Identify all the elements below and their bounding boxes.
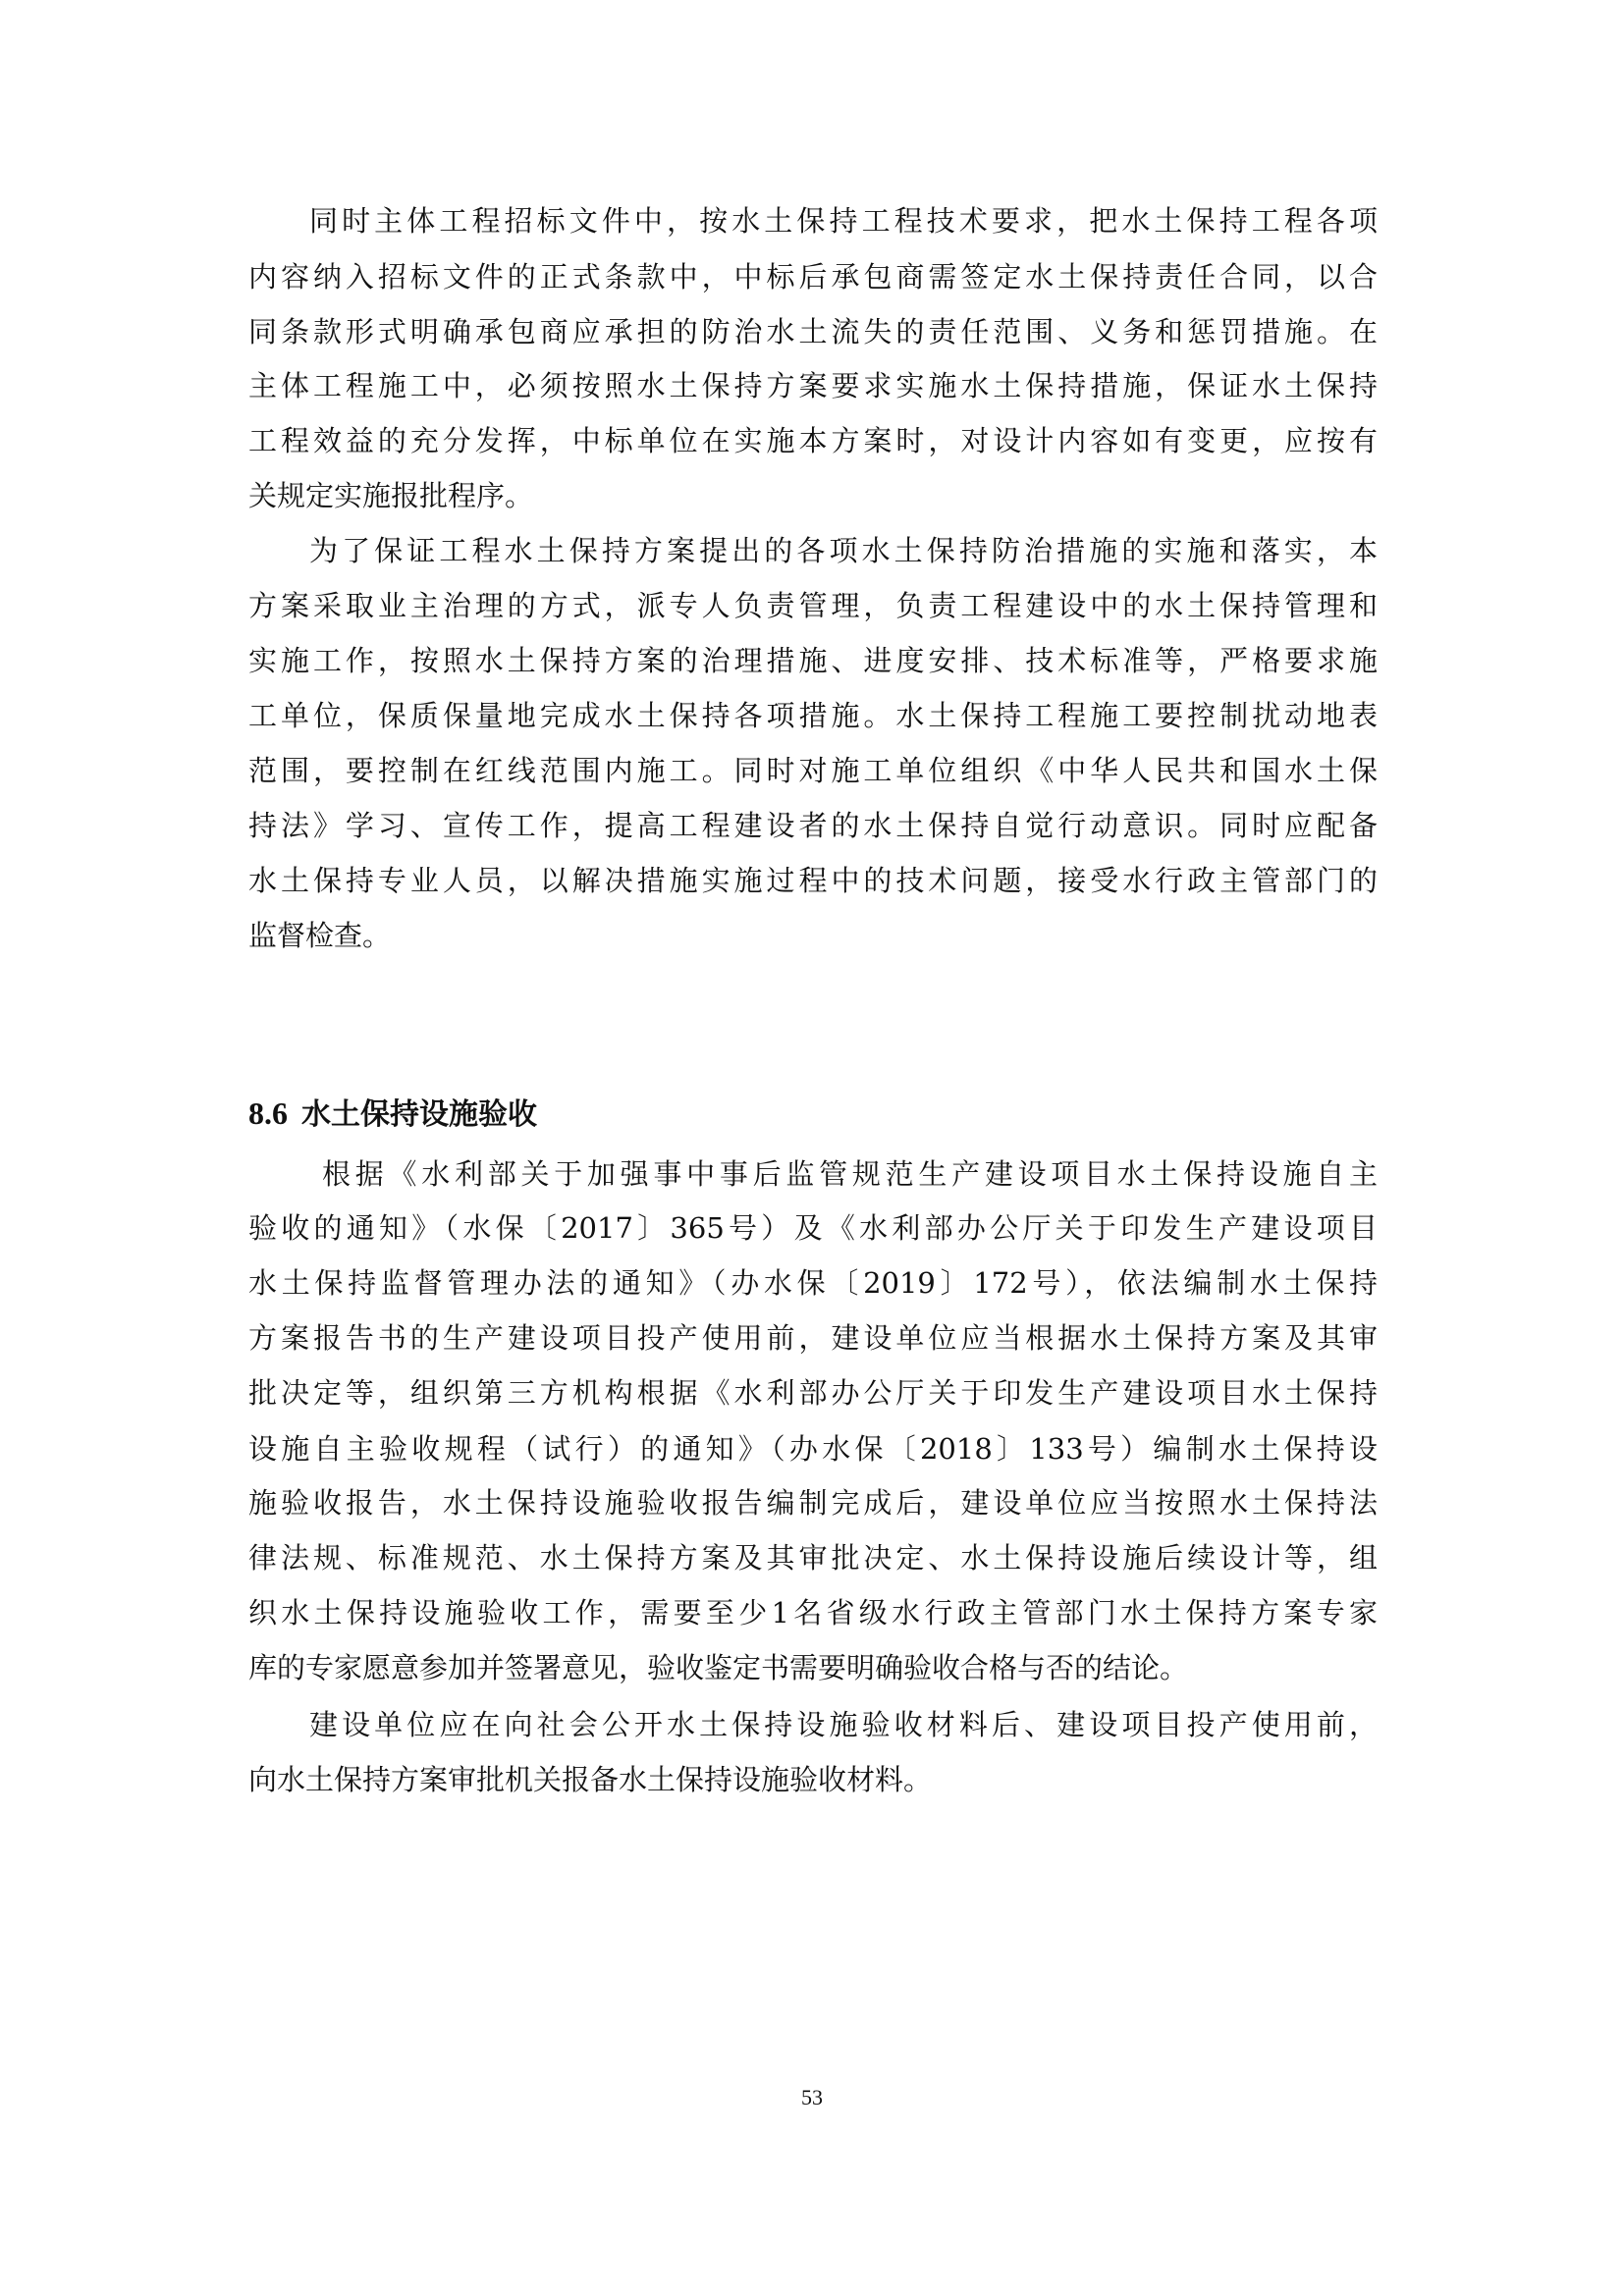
- document-page: 同时主体工程招标文件中，按水土保持工程技术要求，把水土保持工程各项 内容纳入招标…: [0, 0, 1624, 2296]
- text-line: 库的专家愿意参加并签署意见，验收鉴定书需要明确验收合格与否的结论。: [248, 1648, 1378, 1687]
- text-line: 向水土保持方案审批机关报备水土保持设施验收材料。: [248, 1760, 1378, 1799]
- text-line: 关规定实施报批程序。: [248, 476, 1378, 515]
- text-line: 持法》学习、宣传工作，提高工程建设者的水土保持自觉行动意识。同时应配备: [248, 806, 1378, 845]
- text-line: 监督检查。: [248, 916, 1378, 955]
- text-line: 工单位，保质保量地完成水土保持各项措施。水土保持工程施工要控制扰动地表: [248, 696, 1378, 735]
- text-line: 建设单位应在向社会公开水土保持设施验收材料后、建设项目投产使用前，: [309, 1705, 1378, 1744]
- text-line: 设施自主验收规程（试行）的通知》（办水保〔2018〕133号）编制水土保持设: [248, 1429, 1378, 1468]
- section-heading: 8.6水土保持设施验收: [248, 1092, 537, 1135]
- text-line: 同时主体工程招标文件中，按水土保持工程技术要求，把水土保持工程各项: [309, 201, 1378, 240]
- text-line: 工程效益的充分发挥，中标单位在实施本方案时，对设计内容如有变更，应按有: [248, 421, 1378, 460]
- text-line: 律法规、标准规范、水土保持方案及其审批决定、水土保持设施后续设计等，组: [248, 1538, 1378, 1577]
- text-line: 施验收报告，水土保持设施验收报告编制完成后，建设单位应当按照水土保持法: [248, 1483, 1378, 1522]
- section-number: 8.6: [248, 1095, 288, 1131]
- text-line: 织水土保持设施验收工作，需要至少1名省级水行政主管部门水土保持方案专家: [248, 1593, 1378, 1632]
- text-line: 水土保持监督管理办法的通知》（办水保〔2019〕172号），依法编制水土保持: [248, 1263, 1378, 1303]
- text-line: 批决定等，组织第三方机构根据《水利部办公厅关于印发生产建设项目水土保持: [248, 1373, 1378, 1413]
- text-line: 方案报告书的生产建设项目投产使用前，建设单位应当根据水土保持方案及其审: [248, 1318, 1378, 1358]
- text-line: 主体工程施工中，必须按照水土保持方案要求实施水土保持措施，保证水土保持: [248, 366, 1378, 405]
- text-line: 方案采取业主治理的方式，派专人负责管理，负责工程建设中的水土保持管理和: [248, 586, 1378, 625]
- text-line: 验收的通知》（水保〔2017〕365号）及《水利部办公厅关于印发生产建设项目: [248, 1208, 1378, 1248]
- text-line: 为了保证工程水土保持方案提出的各项水土保持防治措施的实施和落实，本: [309, 531, 1378, 570]
- section-title: 水土保持设施验收: [301, 1097, 537, 1132]
- page-number: 53: [0, 2083, 1624, 2112]
- text-line: 根据《水利部关于加强事中事后监管规范生产建设项目水土保持设施自主: [322, 1154, 1378, 1194]
- text-line: 内容纳入招标文件的正式条款中，中标后承包商需签定水土保持责任合同，以合: [248, 257, 1378, 296]
- text-line: 水土保持专业人员，以解决措施实施过程中的技术问题，接受水行政主管部门的: [248, 861, 1378, 900]
- text-line: 实施工作，按照水土保持方案的治理措施、进度安排、技术标准等，严格要求施: [248, 641, 1378, 680]
- text-line: 同条款形式明确承包商应承担的防治水土流失的责任范围、义务和惩罚措施。在: [248, 312, 1378, 351]
- text-line: 范围，要控制在红线范围内施工。同时对施工单位组织《中华人民共和国水土保: [248, 751, 1378, 790]
